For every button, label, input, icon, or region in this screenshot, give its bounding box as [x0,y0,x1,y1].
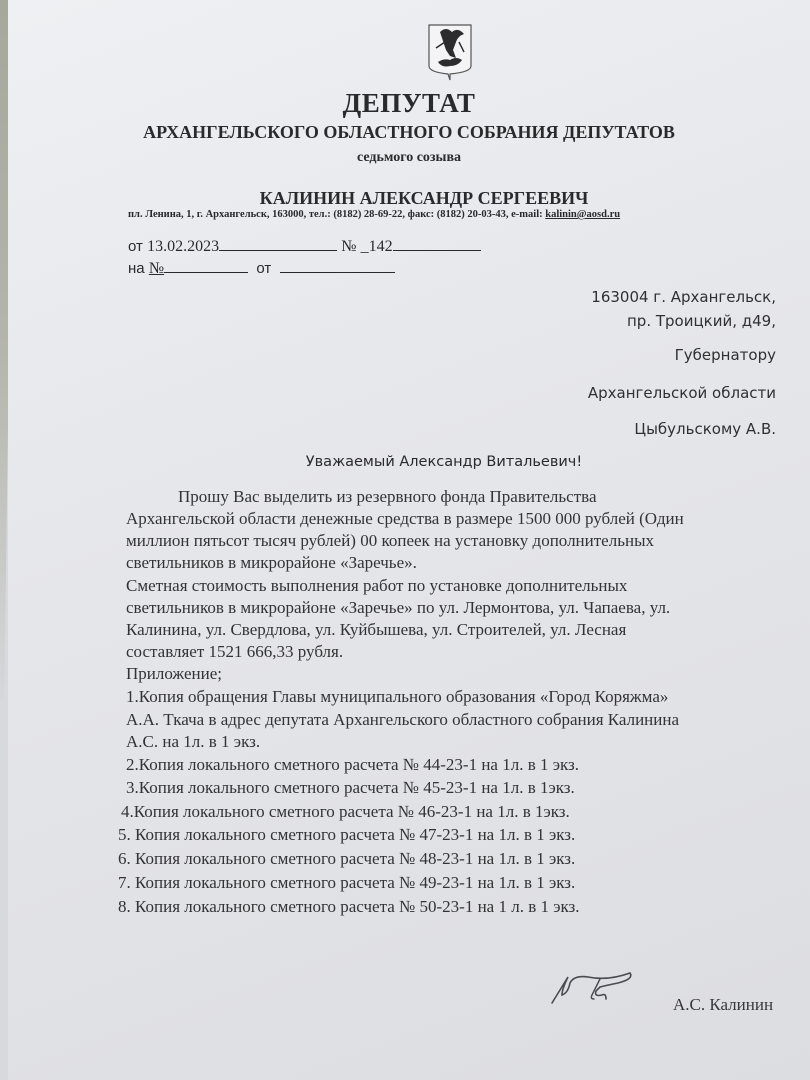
attachment-item: 2.Копия локального сметного расчета № 44… [126,755,579,775]
addressee-line: пр. Троицкий, д49, [627,312,776,330]
addressee-line: Цыбульскому А.В. [634,420,776,438]
body-line: светильников в микрорайоне «Заречье». [126,553,417,573]
salutation: Уважаемый Александр Витальевич! [8,454,810,470]
signer-name: А.С. Калинин [673,995,773,1015]
attachment-item: 8. Копия локального сметного расчета № 5… [118,897,580,917]
contact-address: пл. Ленина, 1, г. Архангельск, 163000, т… [128,209,545,220]
attachment-item: 4.Копия локального сметного расчета № 46… [121,802,570,822]
body-line: миллион пятьсот тысяч рублей) 00 копеек … [126,531,654,551]
reply-date-underline [280,272,395,273]
attachment-item: 5. Копия локального сметного расчета № 4… [118,825,575,845]
body-line: Калинина, ул. Свердлова, ул. Куйбышева, … [126,620,626,640]
attachment-item: 7. Копия локального сметного расчета № 4… [118,873,575,893]
letterhead-convocation: седьмого созыва [8,150,810,166]
reply-from-label: от [256,260,271,277]
email-link[interactable]: kalinin@aosd.ru [545,209,620,220]
reply-label: на [128,260,145,277]
addressee-line: Губернатору [675,346,776,364]
reply-reference: на № от [128,260,395,278]
body-line: Архангельской области денежные средства … [126,509,684,529]
number-label: № [341,238,356,255]
number-underline [393,250,481,251]
addressee-line: Архангельской области [588,384,776,402]
attachment-item: 1.Копия обращения Главы муниципального о… [126,687,668,707]
handwritten-signature-icon [548,965,638,1010]
letter-date: 13.02.2023 [147,238,219,255]
body-line: Сметная стоимость выполнения работ по ус… [126,576,627,596]
reply-number-label: № [149,260,164,277]
attachments-heading: Приложение; [126,664,222,684]
letterhead-title: ДЕПУТАТ [8,88,810,119]
attachment-item: А.С. на 1л. в 1 экз. [126,732,260,752]
attachment-item: 6. Копия локального сметного расчета № 4… [118,849,575,869]
reply-number-underline [164,272,248,273]
outgoing-reference: от 13.02.2023 № _142 [128,238,481,256]
letterhead-subtitle: АРХАНГЕЛЬСКОГО ОБЛАСТНОГО СОБРАНИЯ ДЕПУТ… [8,122,810,143]
attachment-item: 3.Копия локального сметного расчета № 45… [126,778,575,798]
from-label: от [128,238,143,255]
letter-page: ДЕПУТАТ АРХАНГЕЛЬСКОГО ОБЛАСТНОГО СОБРАН… [8,0,810,1080]
body-line: Прошу Вас выделить из резервного фонда П… [178,487,597,507]
deputy-name: КАЛИНИН АЛЕКСАНДР СЕРГЕЕВИЧ [8,188,810,209]
date-underline [219,250,337,251]
body-line: светильников в микрорайоне «Заречье» по … [126,598,670,618]
attachment-item: А.А. Ткача в адрес депутата Архангельско… [126,710,679,730]
archangel-coat-of-arms-icon [426,22,474,82]
letter-number: _142 [361,238,393,255]
body-line: составляет 1521 666,33 рубля. [126,642,343,662]
addressee-line: 163004 г. Архангельск, [591,288,776,306]
contact-info: пл. Ленина, 1, г. Архангельск, 163000, т… [128,209,620,220]
